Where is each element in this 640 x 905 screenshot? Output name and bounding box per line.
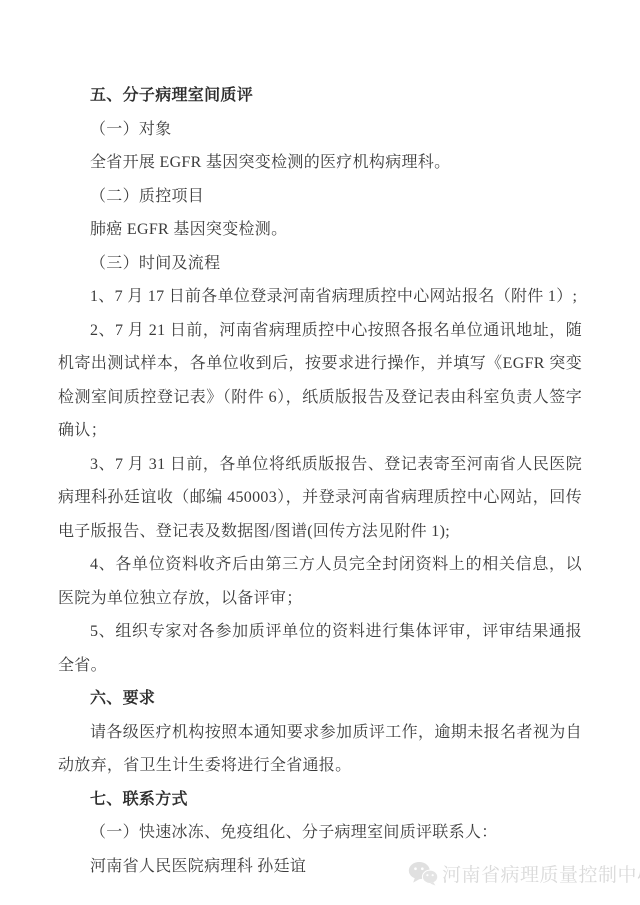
section-heading-7: 七、联系方式: [58, 783, 582, 817]
paragraph-step-1: 1、7 月 17 日前各单位登录河南省病理质控中心网站报名（附件 1）;: [58, 280, 582, 314]
section-heading-5: 五、分子病理室间质评: [58, 79, 582, 113]
paragraph-step-5: 5、组织专家对各参加质评单位的资料进行集体评审，评审结果通报全省。: [58, 615, 582, 682]
paragraph-qc-item: 肺癌 EGFR 基因突变检测。: [58, 213, 582, 247]
paragraph-contact-label: （一）快速冰冻、免疫组化、分子病理室间质评联系人：: [58, 816, 582, 850]
document-body: 五、分子病理室间质评 （一）对象 全省开展 EGFR 基因突变检测的医疗机构病理…: [58, 79, 582, 883]
paragraph-target-scope: 全省开展 EGFR 基因突变检测的医疗机构病理科。: [58, 146, 582, 180]
subheading-qc-items: （二）质控项目: [58, 180, 582, 214]
paragraph-requirements: 请各级医疗机构按照本通知要求参加质评工作，逾期未报名者视为自动放弃，省卫生计生委…: [58, 716, 582, 783]
document-page: 五、分子病理室间质评 （一）对象 全省开展 EGFR 基因突变检测的医疗机构病理…: [0, 0, 640, 905]
subheading-target: （一）对象: [58, 113, 582, 147]
paragraph-step-3: 3、7 月 31 日前，各单位将纸质版报告、登记表寄至河南省人民医院病理科孙廷谊…: [58, 448, 582, 549]
paragraph-step-4: 4、各单位资料收齐后由第三方人员完全封闭资料上的相关信息，以医院为单位独立存放，…: [58, 548, 582, 615]
watermark-text: 河南省病理质量控制中心: [442, 860, 640, 887]
wechat-icon: [408, 861, 438, 886]
subheading-schedule: （三）时间及流程: [58, 247, 582, 281]
watermark: 河南省病理质量控制中心: [408, 858, 640, 888]
section-heading-6: 六、要求: [58, 682, 582, 716]
paragraph-step-2: 2、7 月 21 日前，河南省病理质控中心按照各报名单位通讯地址，随机寄出测试样…: [58, 314, 582, 448]
